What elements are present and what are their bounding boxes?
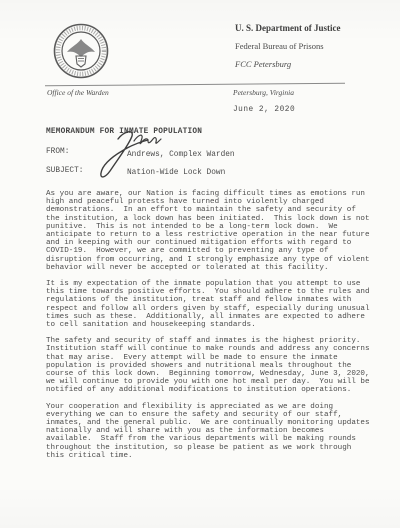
- header-divider: [45, 83, 345, 87]
- memo-document: U. S. Department of Justice Federal Bure…: [0, 0, 400, 528]
- paragraph-4: Your cooperation and flexibility is appr…: [46, 403, 382, 460]
- facility-name: FCC Petersburg: [235, 60, 340, 69]
- paragraph-1: As you are aware, our Nation is facing d…: [46, 190, 382, 272]
- subject-label: SUBJECT:: [46, 167, 83, 175]
- memo-title: MEMORANDUM FOR INMATE POPULATION: [46, 128, 202, 136]
- from-value: Andrews, Complex Warden: [127, 151, 235, 159]
- bureau-name: Federal Bureau of Prisons: [235, 42, 340, 51]
- paragraph-3: The safety and security of staff and inm…: [46, 337, 382, 394]
- paragraph-2: It is my expectation of the inmate popul…: [46, 280, 382, 329]
- letterhead: U. S. Department of Justice Federal Bure…: [235, 24, 340, 68]
- office-line: Office of the Warden: [47, 88, 109, 97]
- location-line: Petersburg, Virginia: [233, 88, 294, 97]
- from-label: FROM:: [46, 148, 69, 156]
- doj-seal-icon: [52, 22, 110, 80]
- subject-value: Nation-Wide Lock Down: [127, 169, 225, 177]
- department-name: U. S. Department of Justice: [235, 24, 340, 33]
- memo-date: June 2, 2020: [233, 106, 295, 114]
- memo-body: As you are aware, our Nation is facing d…: [46, 190, 382, 468]
